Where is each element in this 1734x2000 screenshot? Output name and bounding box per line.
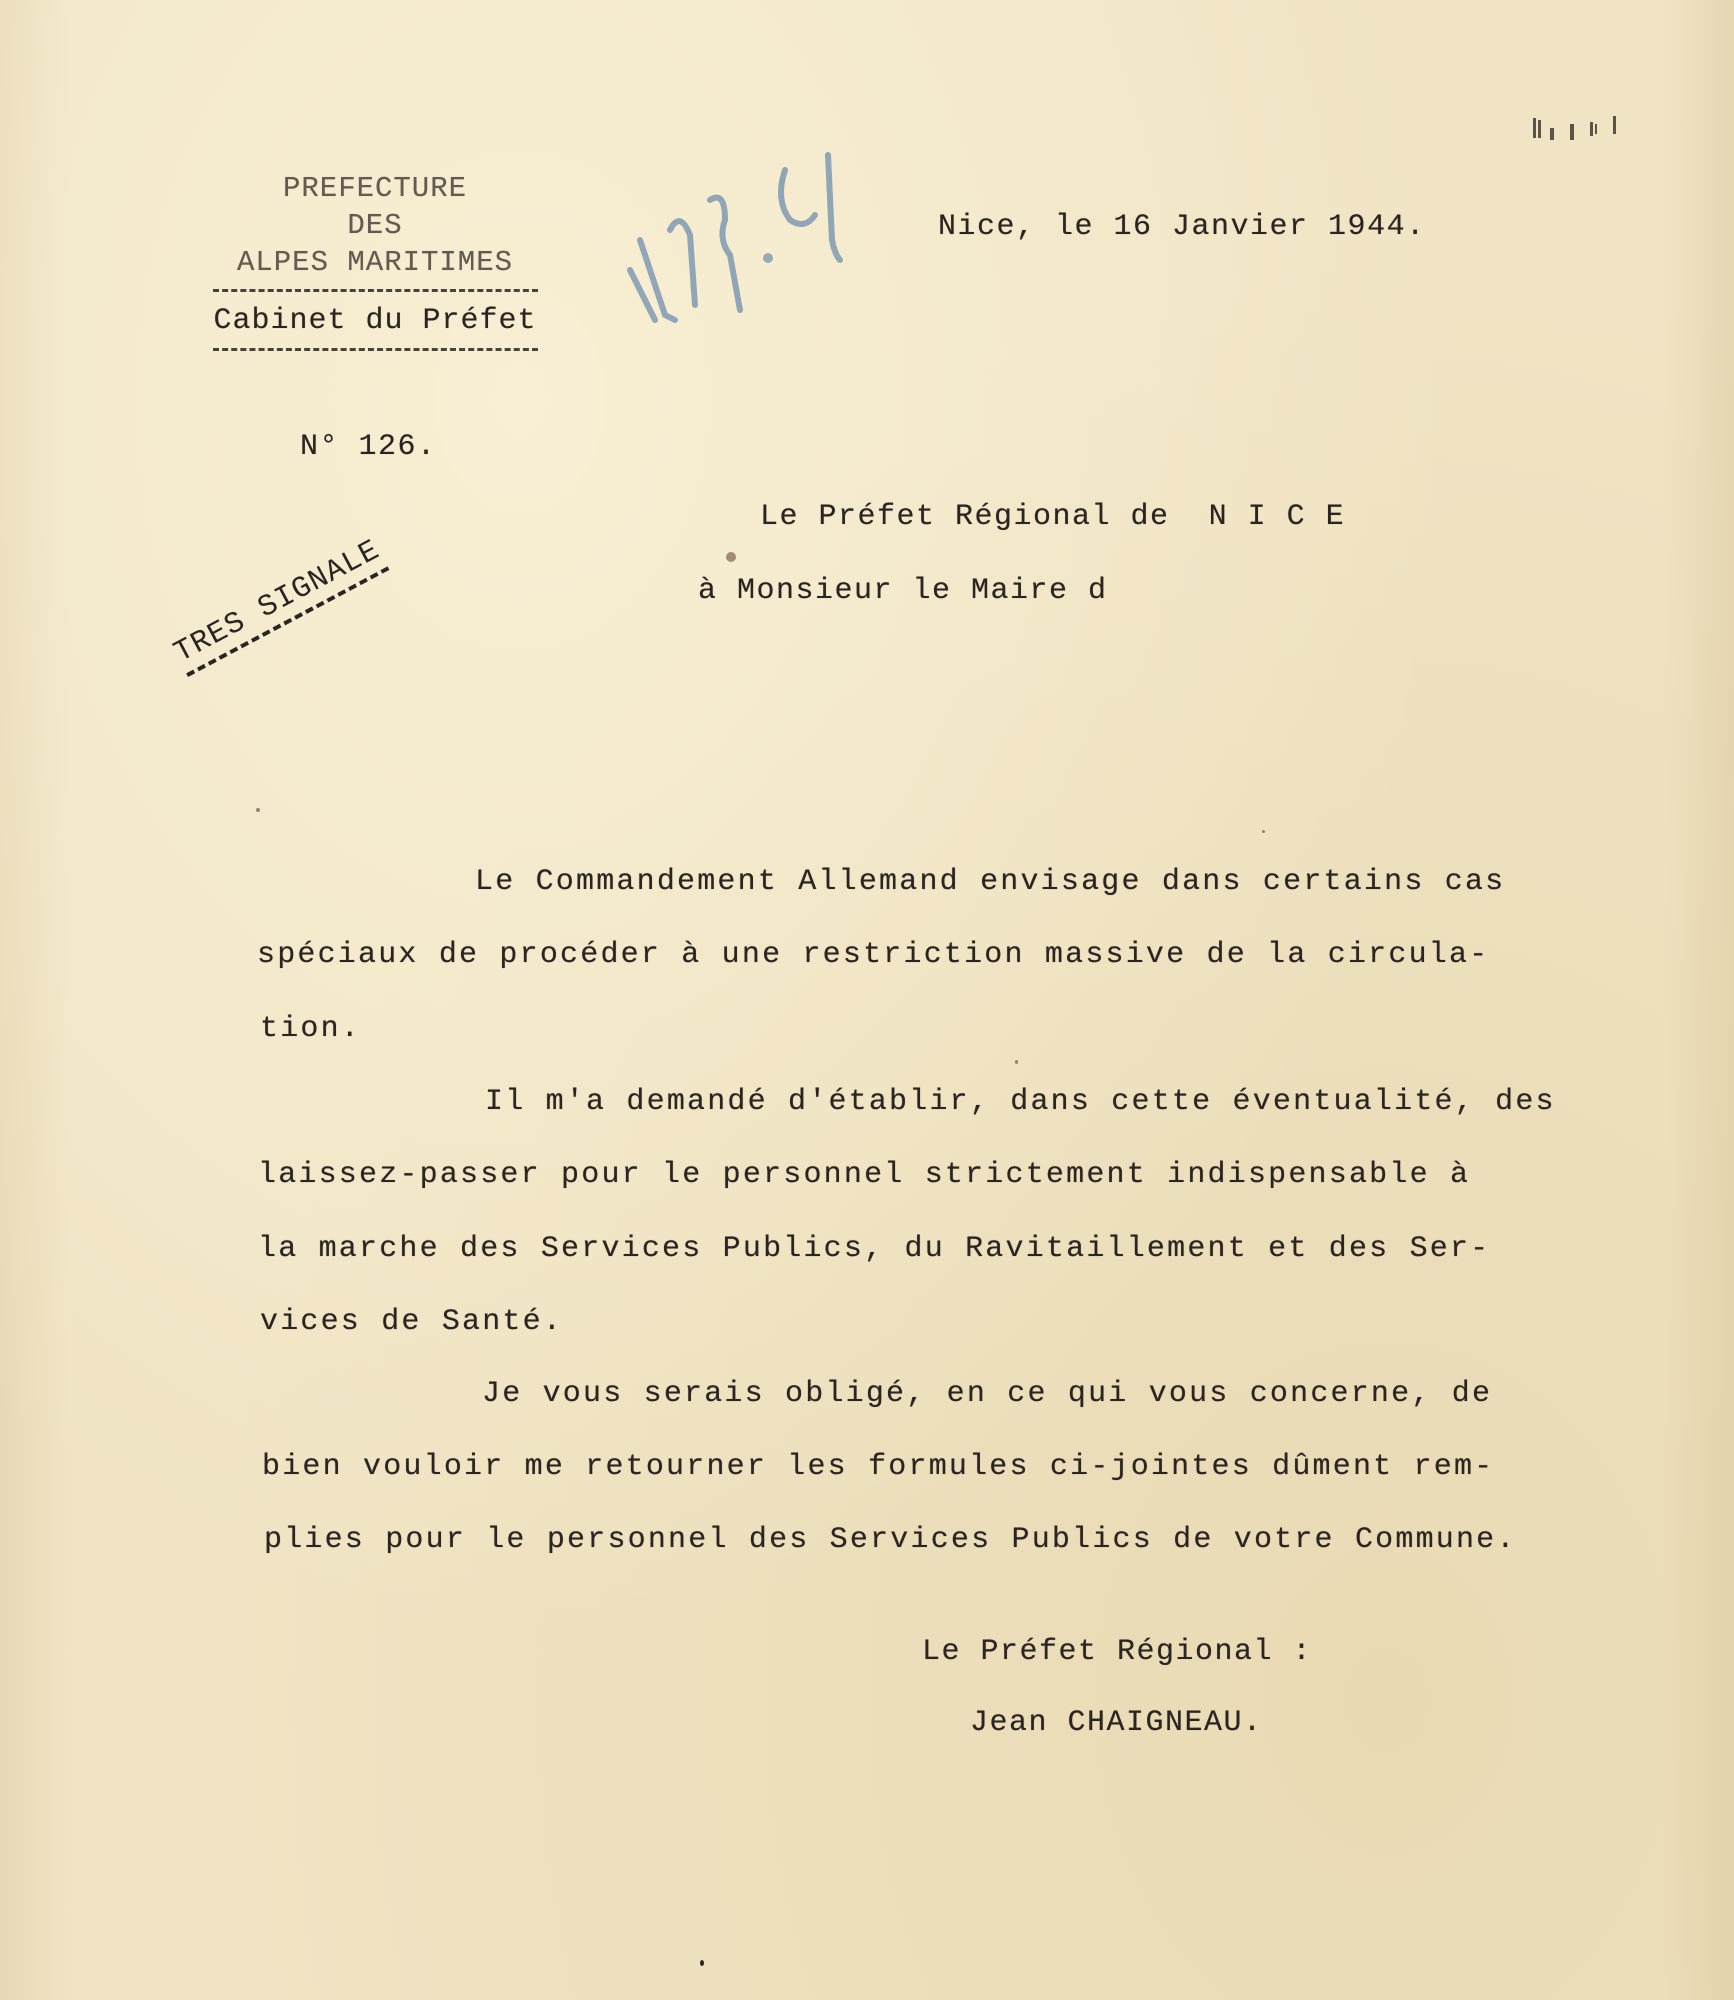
letterhead-divider-bottom bbox=[213, 348, 538, 351]
body-line: Je vous serais obligé, en ce qui vous co… bbox=[482, 1377, 1492, 1411]
body-line: spéciaux de procéder à une restriction m… bbox=[257, 938, 1489, 972]
stamp-text: TRES SIGNALE bbox=[169, 534, 390, 677]
body-line: la marche des Services Publics, du Ravit… bbox=[258, 1232, 1490, 1266]
letterhead-department: Cabinet du Préfet bbox=[190, 302, 560, 340]
date-line: Nice, le 16 Janvier 1944. bbox=[938, 210, 1426, 244]
priority-stamp: TRES SIGNALE bbox=[137, 474, 421, 737]
signature-title: Le Préfet Régional : bbox=[922, 1635, 1312, 1669]
body-line: bien vouloir me retourner les formules c… bbox=[262, 1450, 1494, 1484]
archive-stamp-mark-icon bbox=[1525, 110, 1645, 150]
letter-page: PREFECTURE DES ALPES MARITIMES Cabinet d… bbox=[0, 0, 1734, 2000]
paper-speck bbox=[256, 808, 260, 812]
letterhead-des: DES bbox=[190, 207, 560, 244]
body-line: Le Commandement Allemand envisage dans c… bbox=[475, 865, 1505, 899]
letterhead: PREFECTURE DES ALPES MARITIMES Cabinet d… bbox=[190, 170, 560, 361]
paper-stain bbox=[726, 552, 736, 562]
letterhead-alpes-maritimes: ALPES MARITIMES bbox=[190, 244, 560, 281]
body-line: vices de Santé. bbox=[260, 1305, 563, 1339]
letterhead-divider-top bbox=[213, 289, 538, 292]
sender-line: Le Préfet Régional de N I C E bbox=[760, 500, 1345, 534]
body-line: plies pour le personnel des Services Pub… bbox=[264, 1523, 1517, 1557]
letterhead-prefecture: PREFECTURE bbox=[190, 170, 560, 207]
body-line: Il m'a demandé d'établir, dans cette éve… bbox=[485, 1085, 1556, 1119]
paper-speck bbox=[1262, 830, 1265, 833]
recipient-line: à Monsieur le Maire d bbox=[698, 574, 1108, 608]
paper-speck bbox=[700, 1960, 704, 1966]
body-line: laissez-passer pour le personnel stricte… bbox=[258, 1158, 1470, 1192]
pencil-annotation-icon bbox=[600, 140, 860, 340]
paper-speck bbox=[1015, 1060, 1018, 1064]
body-line: tion. bbox=[260, 1012, 361, 1046]
signature-name: Jean CHAIGNEAU. bbox=[970, 1706, 1263, 1740]
reference-number: N° 126. bbox=[300, 430, 437, 464]
